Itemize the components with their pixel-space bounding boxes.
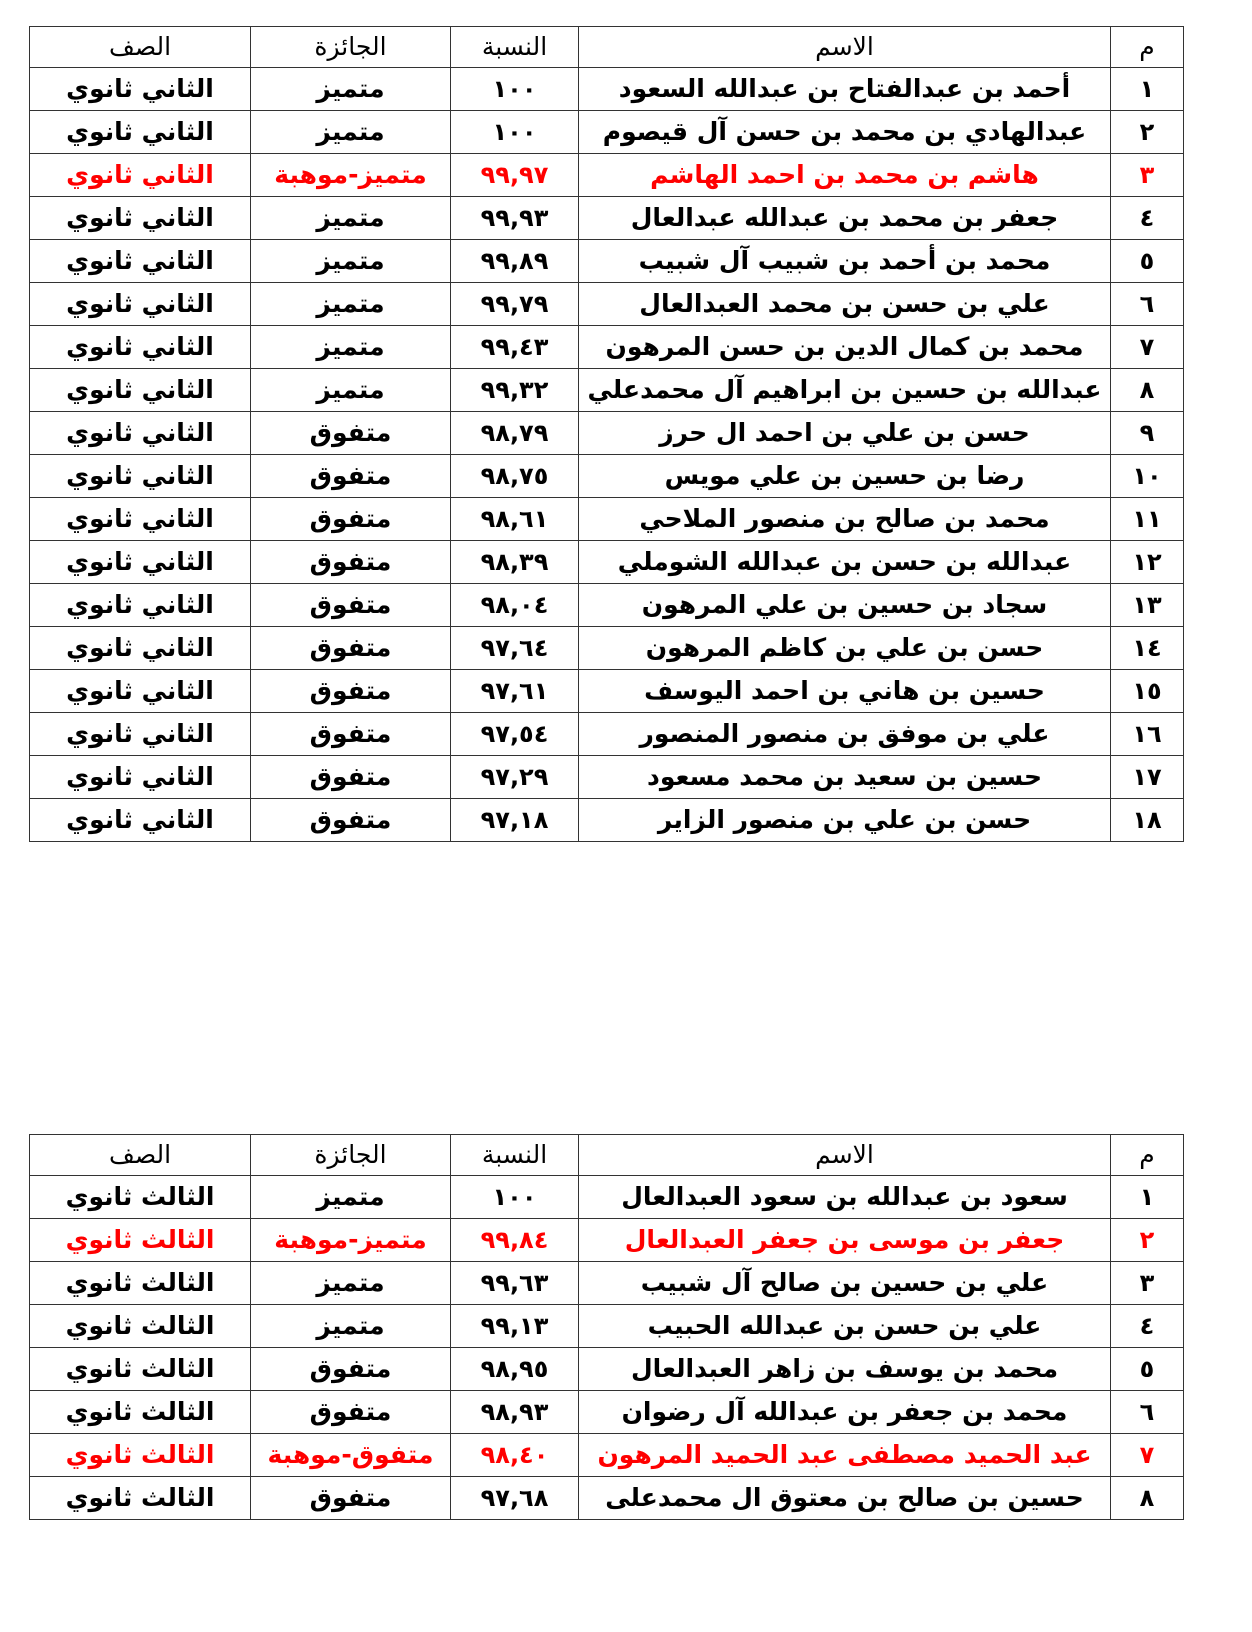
- row-index: ١٨: [1111, 799, 1184, 842]
- student-name: محمد بن كمال الدين بن حسن المرهون: [579, 326, 1111, 369]
- percentage: ٩٨,٧٩: [451, 412, 579, 455]
- table-row: ٤جعفر بن محمد بن عبدالله عبدالعال٩٩,٩٣مت…: [30, 197, 1184, 240]
- grade-level: الثاني ثانوي: [30, 756, 251, 799]
- table-header-row: م الاسم النسبة الجائزة الصف: [30, 1135, 1184, 1176]
- student-name: رضا بن حسين بن علي مويس: [579, 455, 1111, 498]
- grade-level: الثاني ثانوي: [30, 455, 251, 498]
- award: متفوق: [251, 498, 451, 541]
- grade-level: الثالث ثانوي: [30, 1262, 251, 1305]
- percentage: ٩٧,٢٩: [451, 756, 579, 799]
- honor-table-third-secondary: م الاسم النسبة الجائزة الصف ١سعود بن عبد…: [29, 1134, 1184, 1520]
- student-name: حسين بن صالح بن معتوق ال محمدعلى: [579, 1477, 1111, 1520]
- percentage: ٩٩,٧٩: [451, 283, 579, 326]
- percentage: ٩٧,٦٨: [451, 1477, 579, 1520]
- header-name: الاسم: [579, 1135, 1111, 1176]
- table-row: ٨حسين بن صالح بن معتوق ال محمدعلى٩٧,٦٨مت…: [30, 1477, 1184, 1520]
- award: متفوق: [251, 1477, 451, 1520]
- row-index: ١٢: [1111, 541, 1184, 584]
- row-index: ٨: [1111, 1477, 1184, 1520]
- award: متفوق: [251, 412, 451, 455]
- student-name: محمد بن صالح بن منصور الملاحي: [579, 498, 1111, 541]
- table-row: ٩حسن بن علي بن احمد ال حرز٩٨,٧٩متفوقالثا…: [30, 412, 1184, 455]
- grade-level: الثاني ثانوي: [30, 541, 251, 584]
- table-row: ٥محمد بن يوسف بن زاهر العبدالعال٩٨,٩٥متف…: [30, 1348, 1184, 1391]
- row-index: ٥: [1111, 240, 1184, 283]
- percentage: ١٠٠: [451, 111, 579, 154]
- grade-level: الثاني ثانوي: [30, 326, 251, 369]
- award: متميز: [251, 326, 451, 369]
- award: متميز-موهبة: [251, 1219, 451, 1262]
- percentage: ٩٧,٦١: [451, 670, 579, 713]
- percentage: ٩٩,٤٣: [451, 326, 579, 369]
- award: متميز: [251, 240, 451, 283]
- grade-level: الثاني ثانوي: [30, 670, 251, 713]
- row-index: ٨: [1111, 369, 1184, 412]
- row-index: ٣: [1111, 154, 1184, 197]
- award: متفوق: [251, 799, 451, 842]
- table-row: ٥محمد بن أحمد بن شبيب آل شبيب٩٩,٨٩متميزا…: [30, 240, 1184, 283]
- percentage: ٩٩,٣٢: [451, 369, 579, 412]
- row-index: ١٠: [1111, 455, 1184, 498]
- percentage: ٩٨,٤٠: [451, 1434, 579, 1477]
- percentage: ٩٨,٠٤: [451, 584, 579, 627]
- percentage: ٩٩,٨٤: [451, 1219, 579, 1262]
- row-index: ٣: [1111, 1262, 1184, 1305]
- table-row: ١٢عبدالله بن حسن بن عبدالله الشوملي٩٨,٣٩…: [30, 541, 1184, 584]
- header-percentage: النسبة: [451, 1135, 579, 1176]
- student-name: هاشم بن محمد بن احمد الهاشم: [579, 154, 1111, 197]
- percentage: ٩٩,٨٩: [451, 240, 579, 283]
- award: متفوق-موهبة: [251, 1434, 451, 1477]
- award: متفوق: [251, 455, 451, 498]
- award: متفوق: [251, 541, 451, 584]
- award: متميز: [251, 68, 451, 111]
- table-row: ١٦علي بن موفق بن منصور المنصور٩٧,٥٤متفوق…: [30, 713, 1184, 756]
- student-name: حسين بن هاني بن احمد اليوسف: [579, 670, 1111, 713]
- header-name: الاسم: [579, 27, 1111, 68]
- header-award: الجائزة: [251, 27, 451, 68]
- row-index: ٢: [1111, 1219, 1184, 1262]
- row-index: ١٤: [1111, 627, 1184, 670]
- row-index: ٤: [1111, 1305, 1184, 1348]
- student-name: حسن بن علي بن احمد ال حرز: [579, 412, 1111, 455]
- percentage: ٩٩,١٣: [451, 1305, 579, 1348]
- award: متفوق: [251, 1348, 451, 1391]
- percentage: ٩٧,٦٤: [451, 627, 579, 670]
- student-name: عبدالله بن حسين بن ابراهيم آل محمدعلي: [579, 369, 1111, 412]
- header-award: الجائزة: [251, 1135, 451, 1176]
- award: متميز: [251, 1262, 451, 1305]
- table-row: ١٨حسن بن علي بن منصور الزاير٩٧,١٨متفوقال…: [30, 799, 1184, 842]
- table-row: ٧عبد الحميد مصطفى عبد الحميد المرهون٩٨,٤…: [30, 1434, 1184, 1477]
- student-name: جعفر بن موسى بن جعفر العبدالعال: [579, 1219, 1111, 1262]
- student-name: عبدالله بن حسن بن عبدالله الشوملي: [579, 541, 1111, 584]
- row-index: ٢: [1111, 111, 1184, 154]
- percentage: ١٠٠: [451, 1176, 579, 1219]
- award: متفوق: [251, 713, 451, 756]
- student-name: علي بن حسن بن عبدالله الحبيب: [579, 1305, 1111, 1348]
- grade-level: الثاني ثانوي: [30, 498, 251, 541]
- student-name: حسين بن سعيد بن محمد مسعود: [579, 756, 1111, 799]
- percentage: ٩٨,٣٩: [451, 541, 579, 584]
- student-name: محمد بن يوسف بن زاهر العبدالعال: [579, 1348, 1111, 1391]
- grade-level: الثاني ثانوي: [30, 197, 251, 240]
- table-header-row: م الاسم النسبة الجائزة الصف: [30, 27, 1184, 68]
- student-name: علي بن حسن بن محمد العبدالعال: [579, 283, 1111, 326]
- honor-table-second-secondary: م الاسم النسبة الجائزة الصف ١أحمد بن عبد…: [29, 26, 1184, 842]
- table-row: ٢عبدالهادي بن محمد بن حسن آل قيصوم١٠٠متم…: [30, 111, 1184, 154]
- row-index: ١١: [1111, 498, 1184, 541]
- grade-level: الثاني ثانوي: [30, 713, 251, 756]
- grade-level: الثالث ثانوي: [30, 1434, 251, 1477]
- grade-level: الثاني ثانوي: [30, 369, 251, 412]
- table-row: ١٥حسين بن هاني بن احمد اليوسف٩٧,٦١متفوقا…: [30, 670, 1184, 713]
- grade-level: الثاني ثانوي: [30, 283, 251, 326]
- table-row: ٨عبدالله بن حسين بن ابراهيم آل محمدعلي٩٩…: [30, 369, 1184, 412]
- table-row: ٢جعفر بن موسى بن جعفر العبدالعال٩٩,٨٤متم…: [30, 1219, 1184, 1262]
- table-body: ١سعود بن عبدالله بن سعود العبدالعال١٠٠مت…: [30, 1176, 1184, 1520]
- table-row: ٦محمد بن جعفر بن عبدالله آل رضوان٩٨,٩٣مت…: [30, 1391, 1184, 1434]
- student-name: محمد بن أحمد بن شبيب آل شبيب: [579, 240, 1111, 283]
- row-index: ٦: [1111, 1391, 1184, 1434]
- grade-level: الثاني ثانوي: [30, 799, 251, 842]
- percentage: ٩٨,٩٥: [451, 1348, 579, 1391]
- row-index: ١٥: [1111, 670, 1184, 713]
- student-name: جعفر بن محمد بن عبدالله عبدالعال: [579, 197, 1111, 240]
- row-index: ١٧: [1111, 756, 1184, 799]
- grade-level: الثاني ثانوي: [30, 584, 251, 627]
- table-row: ٤علي بن حسن بن عبدالله الحبيب٩٩,١٣متميزا…: [30, 1305, 1184, 1348]
- grade-level: الثالث ثانوي: [30, 1176, 251, 1219]
- row-index: ٩: [1111, 412, 1184, 455]
- row-index: ٧: [1111, 326, 1184, 369]
- table-row: ١سعود بن عبدالله بن سعود العبدالعال١٠٠مت…: [30, 1176, 1184, 1219]
- award: متفوق: [251, 756, 451, 799]
- percentage: ٩٩,٦٣: [451, 1262, 579, 1305]
- header-grade: الصف: [30, 27, 251, 68]
- percentage: ٩٨,٦١: [451, 498, 579, 541]
- percentage: ٩٩,٩٧: [451, 154, 579, 197]
- award: متميز: [251, 197, 451, 240]
- row-index: ٧: [1111, 1434, 1184, 1477]
- award: متفوق: [251, 627, 451, 670]
- header-index: م: [1111, 27, 1184, 68]
- award: متميز: [251, 1176, 451, 1219]
- student-name: سجاد بن حسين بن علي المرهون: [579, 584, 1111, 627]
- percentage: ١٠٠: [451, 68, 579, 111]
- row-index: ٥: [1111, 1348, 1184, 1391]
- grade-level: الثالث ثانوي: [30, 1391, 251, 1434]
- award: متميز: [251, 369, 451, 412]
- table-row: ١١محمد بن صالح بن منصور الملاحي٩٨,٦١متفو…: [30, 498, 1184, 541]
- award: متميز: [251, 111, 451, 154]
- table-row: ١٣سجاد بن حسين بن علي المرهون٩٨,٠٤متفوقا…: [30, 584, 1184, 627]
- table-row: ١٧حسين بن سعيد بن محمد مسعود٩٧,٢٩متفوقال…: [30, 756, 1184, 799]
- row-index: ١٦: [1111, 713, 1184, 756]
- table-body: ١أحمد بن عبدالفتاح بن عبدالله السعود١٠٠م…: [30, 68, 1184, 842]
- student-name: حسن بن علي بن كاظم المرهون: [579, 627, 1111, 670]
- row-index: ١: [1111, 1176, 1184, 1219]
- header-grade: الصف: [30, 1135, 251, 1176]
- header-index: م: [1111, 1135, 1184, 1176]
- row-index: ١: [1111, 68, 1184, 111]
- award: متفوق: [251, 1391, 451, 1434]
- grade-level: الثاني ثانوي: [30, 412, 251, 455]
- row-index: ١٣: [1111, 584, 1184, 627]
- award: متميز: [251, 283, 451, 326]
- table-row: ١أحمد بن عبدالفتاح بن عبدالله السعود١٠٠م…: [30, 68, 1184, 111]
- student-name: علي بن حسين بن صالح آل شبيب: [579, 1262, 1111, 1305]
- row-index: ٦: [1111, 283, 1184, 326]
- student-name: عبد الحميد مصطفى عبد الحميد المرهون: [579, 1434, 1111, 1477]
- percentage: ٩٨,٩٣: [451, 1391, 579, 1434]
- student-name: علي بن موفق بن منصور المنصور: [579, 713, 1111, 756]
- award: متميز-موهبة: [251, 154, 451, 197]
- student-name: عبدالهادي بن محمد بن حسن آل قيصوم: [579, 111, 1111, 154]
- grade-level: الثالث ثانوي: [30, 1305, 251, 1348]
- grade-level: الثاني ثانوي: [30, 627, 251, 670]
- grade-level: الثاني ثانوي: [30, 154, 251, 197]
- grade-level: الثاني ثانوي: [30, 111, 251, 154]
- table-row: ١٤حسن بن علي بن كاظم المرهون٩٧,٦٤متفوقال…: [30, 627, 1184, 670]
- percentage: ٩٧,١٨: [451, 799, 579, 842]
- grade-level: الثاني ثانوي: [30, 68, 251, 111]
- grade-level: الثالث ثانوي: [30, 1219, 251, 1262]
- grade-level: الثالث ثانوي: [30, 1477, 251, 1520]
- row-index: ٤: [1111, 197, 1184, 240]
- percentage: ٩٨,٧٥: [451, 455, 579, 498]
- table-row: ٣هاشم بن محمد بن احمد الهاشم٩٩,٩٧متميز-م…: [30, 154, 1184, 197]
- award: متفوق: [251, 670, 451, 713]
- grade-level: الثاني ثانوي: [30, 240, 251, 283]
- header-percentage: النسبة: [451, 27, 579, 68]
- student-name: حسن بن علي بن منصور الزاير: [579, 799, 1111, 842]
- percentage: ٩٧,٥٤: [451, 713, 579, 756]
- table-row: ١٠رضا بن حسين بن علي مويس٩٨,٧٥متفوقالثان…: [30, 455, 1184, 498]
- student-name: سعود بن عبدالله بن سعود العبدالعال: [579, 1176, 1111, 1219]
- award: متميز: [251, 1305, 451, 1348]
- award: متفوق: [251, 584, 451, 627]
- table-row: ٣علي بن حسين بن صالح آل شبيب٩٩,٦٣متميزال…: [30, 1262, 1184, 1305]
- grade-level: الثالث ثانوي: [30, 1348, 251, 1391]
- student-name: أحمد بن عبدالفتاح بن عبدالله السعود: [579, 68, 1111, 111]
- table-row: ٦علي بن حسن بن محمد العبدالعال٩٩,٧٩متميز…: [30, 283, 1184, 326]
- percentage: ٩٩,٩٣: [451, 197, 579, 240]
- student-name: محمد بن جعفر بن عبدالله آل رضوان: [579, 1391, 1111, 1434]
- table-row: ٧محمد بن كمال الدين بن حسن المرهون٩٩,٤٣م…: [30, 326, 1184, 369]
